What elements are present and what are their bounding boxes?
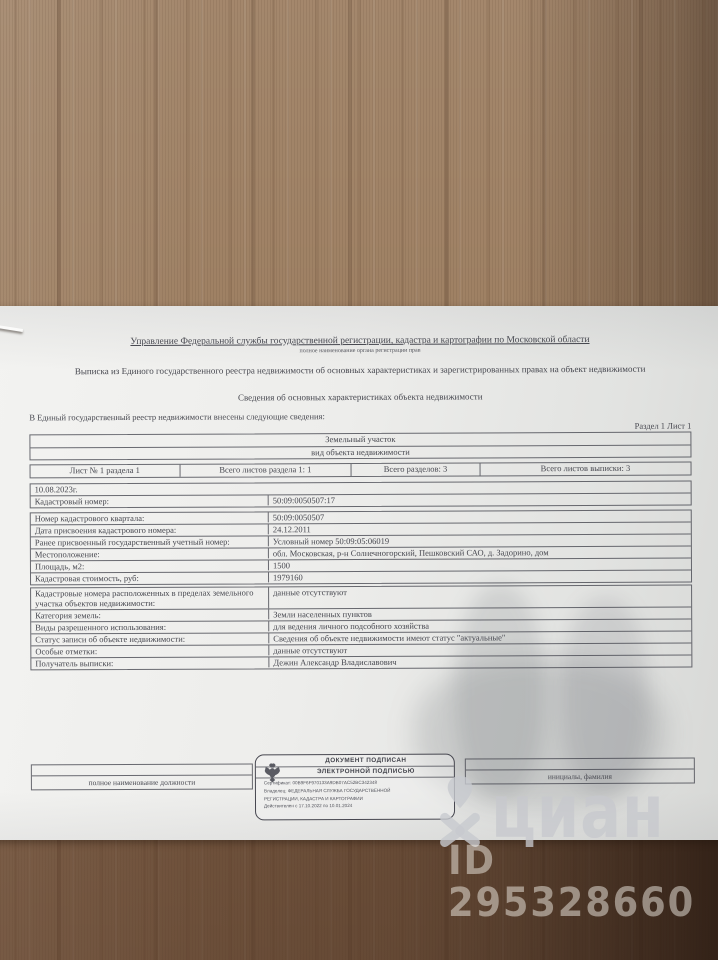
table-group-secondary: Кадастровые номера расположенных в преде… <box>30 584 692 670</box>
row-label: Статус записи об объекте недвижимости: <box>31 633 269 645</box>
name-signature-box: инициалы, фамилия <box>465 758 695 785</box>
table-group-date: 10.08.2023г. Кадастровый номер: 50:09:00… <box>30 480 692 508</box>
row-label: Площадь, м2: <box>31 560 269 572</box>
row-value: обл. Московская, р-н Солнечногорский, Пе… <box>269 546 691 558</box>
name-caption: инициалы, фамилия <box>466 771 694 782</box>
row-value: данные отсутствуют <box>269 643 691 655</box>
document-title: Выписка из Единого государственного реес… <box>29 363 691 376</box>
row-value: 24.12.2011 <box>269 522 691 534</box>
wooden-table-dark-lower-band <box>0 835 718 960</box>
object-type-caption: вид объекта недвижимости <box>30 445 690 458</box>
row-label: Местоположение: <box>31 548 269 560</box>
row-label: Кадастровая стоимость, руб: <box>31 572 269 584</box>
egrn-extract-document: Управление Федеральной службы государств… <box>0 306 718 840</box>
object-type-box: Земельный участок вид объекта недвижимос… <box>29 431 691 460</box>
stamp-validity: Действителен с 17.10.2022 по 10.01.2024 <box>256 801 454 810</box>
position-caption: полное наименование должности <box>32 777 252 788</box>
eagle-emblem-icon <box>263 760 282 783</box>
row-value: 1979160 <box>269 570 691 582</box>
row-label: Дата присвоения кадастрового номера: <box>31 524 269 536</box>
stamp-line-1: ДОКУМЕНТ ПОДПИСАН <box>256 755 454 768</box>
row-label: Номер кадастрового квартала: <box>31 512 269 524</box>
sheet-info-cell: Всего листов раздела 1: 1 <box>179 464 351 477</box>
document-subtitle: Сведения об основных характеристиках объ… <box>29 391 691 404</box>
row-label: Особые отметки: <box>31 645 269 657</box>
row-value: Дежин Александр Владиславович <box>269 655 691 667</box>
signature-footer: полное наименование должности инициалы, … <box>31 753 695 828</box>
row-value: Земли населенных пунктов <box>269 607 691 619</box>
object-type-value: Земельный участок <box>30 432 690 445</box>
row-label: Кадастровый номер: <box>31 495 269 507</box>
row-label: Виды разрешенного использования: <box>31 621 269 633</box>
sheet-info-cell: Всего листов выписки: 3 <box>479 462 690 475</box>
object-type-caption-row: вид объекта недвижимости <box>30 444 690 459</box>
row-label: Категория земель: <box>31 609 269 621</box>
sheet-info-row: Лист № 1 раздела 1 Всего листов раздела … <box>30 461 692 478</box>
authority-note: полное наименование органа регистрации п… <box>29 346 691 356</box>
row-value: Условный номер 50:09:05:06019 <box>269 534 691 546</box>
row-label: Ранее присвоенный государственный учетны… <box>31 536 269 548</box>
row-label: Получатель выписки: <box>31 657 269 669</box>
sheet-info-cell: Лист № 1 раздела 1 <box>31 464 180 477</box>
row-label: Кадастровые номера расположенных в преде… <box>31 587 269 609</box>
table-row: Получатель выписки: Дежин Александр Влад… <box>31 654 691 669</box>
row-value: данные отсутствуют <box>269 585 691 597</box>
row-value: для ведения личного подсобного хозяйства <box>269 619 691 631</box>
digital-signature-stamp: ДОКУМЕНТ ПОДПИСАН ЭЛЕКТРОННОЙ ПОДПИСЬЮ С… <box>255 754 455 821</box>
row-value: 50:09:0050507 <box>269 510 691 522</box>
photo-scene: Управление Федеральной службы государств… <box>0 0 718 960</box>
table-row: Кадастровые номера расположенных в преде… <box>31 585 691 609</box>
table-group-main: Номер кадастрового квартала: 50:09:00505… <box>30 509 692 585</box>
position-signature-box: полное наименование должности <box>31 763 253 790</box>
document-paper: Управление Федеральной службы государств… <box>0 306 718 840</box>
table-row: Кадастровая стоимость, руб: 1979160 <box>31 569 691 584</box>
stamp-line-2: ЭЛЕКТРОННОЙ ПОДПИСЬЮ <box>256 767 454 779</box>
row-value: 1500 <box>269 558 691 570</box>
row-value: Сведения об объекте недвижимости имеют с… <box>269 631 691 643</box>
sheet-info-cell: Всего разделов: 3 <box>351 463 480 476</box>
table-row: Кадастровый номер: 50:09:0050507:17 <box>31 492 691 507</box>
row-value: 50:09:0050507:17 <box>269 493 691 505</box>
